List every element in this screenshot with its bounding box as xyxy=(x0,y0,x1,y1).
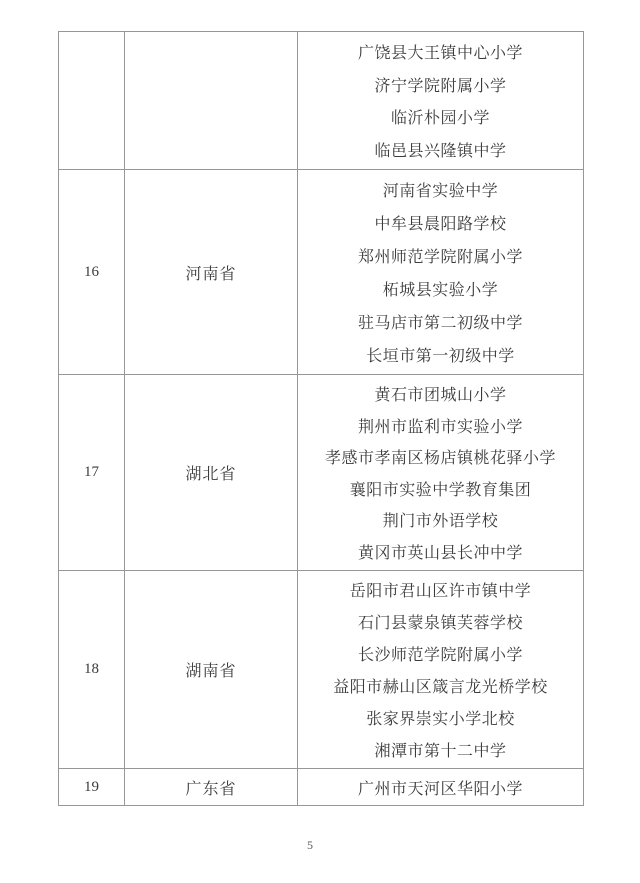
school-name: 广州市天河区华阳小学 xyxy=(298,772,583,802)
school-name: 郑州师范学院附属小学 xyxy=(298,239,583,272)
school-name: 长沙师范学院附属小学 xyxy=(298,638,583,670)
cell-province xyxy=(125,32,298,169)
cell-province: 湖南省 xyxy=(125,571,298,768)
school-name: 益阳市赫山区箴言龙光桥学校 xyxy=(298,669,583,701)
cell-row-number xyxy=(59,32,125,169)
school-name: 荆门市外语学校 xyxy=(298,504,583,536)
school-name: 荆州市监利市实验小学 xyxy=(298,410,583,442)
cell-row-number: 19 xyxy=(59,769,125,805)
cell-row-number: 16 xyxy=(59,170,125,374)
table-row: 18 湖南省 岳阳市君山区许市镇中学 石门县蒙泉镇芙蓉学校 长沙师范学院附属小学… xyxy=(59,571,584,769)
province-school-table: 广饶县大王镇中心小学 济宁学院附属小学 临沂朴园小学 临邑县兴隆镇中学 16 河… xyxy=(58,31,584,806)
school-name: 河南省实验中学 xyxy=(298,173,583,206)
school-name: 石门县蒙泉镇芙蓉学校 xyxy=(298,606,583,638)
table-row: 19 广东省 广州市天河区华阳小学 xyxy=(59,769,584,806)
page-number: 5 xyxy=(302,838,318,853)
cell-row-number: 18 xyxy=(59,571,125,768)
table-row: 16 河南省 河南省实验中学 中牟县晨阳路学校 郑州师范学院附属小学 柘城县实验… xyxy=(59,170,584,375)
cell-school-list: 广饶县大王镇中心小学 济宁学院附属小学 临沂朴园小学 临邑县兴隆镇中学 xyxy=(298,32,584,169)
cell-school-list: 河南省实验中学 中牟县晨阳路学校 郑州师范学院附属小学 柘城县实验小学 驻马店市… xyxy=(298,170,584,374)
school-name: 中牟县晨阳路学校 xyxy=(298,206,583,239)
cell-school-list: 广州市天河区华阳小学 xyxy=(298,769,584,805)
school-name: 济宁学院附属小学 xyxy=(298,68,583,101)
school-name: 广饶县大王镇中心小学 xyxy=(298,35,583,68)
school-name: 黄冈市英山县长冲中学 xyxy=(298,536,583,568)
cell-row-number: 17 xyxy=(59,375,125,570)
school-name: 驻马店市第二初级中学 xyxy=(298,305,583,338)
school-name: 长垣市第一初级中学 xyxy=(298,338,583,371)
school-name: 孝感市孝南区杨店镇桃花驿小学 xyxy=(298,441,583,473)
document-page: 广饶县大王镇中心小学 济宁学院附属小学 临沂朴园小学 临邑县兴隆镇中学 16 河… xyxy=(0,0,640,883)
table-row: 17 湖北省 黄石市团城山小学 荆州市监利市实验小学 孝感市孝南区杨店镇桃花驿小… xyxy=(59,375,584,571)
school-name: 湘潭市第十二中学 xyxy=(298,733,583,765)
school-name: 黄石市团城山小学 xyxy=(298,378,583,410)
school-name: 张家界崇实小学北校 xyxy=(298,701,583,733)
cell-province: 广东省 xyxy=(125,769,298,805)
school-name: 柘城县实验小学 xyxy=(298,272,583,305)
school-name: 襄阳市实验中学教育集团 xyxy=(298,473,583,505)
table-row: 广饶县大王镇中心小学 济宁学院附属小学 临沂朴园小学 临邑县兴隆镇中学 xyxy=(59,32,584,170)
school-name: 临沂朴园小学 xyxy=(298,101,583,134)
cell-province: 湖北省 xyxy=(125,375,298,570)
school-name: 临邑县兴隆镇中学 xyxy=(298,133,583,166)
cell-province: 河南省 xyxy=(125,170,298,374)
cell-school-list: 黄石市团城山小学 荆州市监利市实验小学 孝感市孝南区杨店镇桃花驿小学 襄阳市实验… xyxy=(298,375,584,570)
cell-school-list: 岳阳市君山区许市镇中学 石门县蒙泉镇芙蓉学校 长沙师范学院附属小学 益阳市赫山区… xyxy=(298,571,584,768)
school-name: 岳阳市君山区许市镇中学 xyxy=(298,574,583,606)
